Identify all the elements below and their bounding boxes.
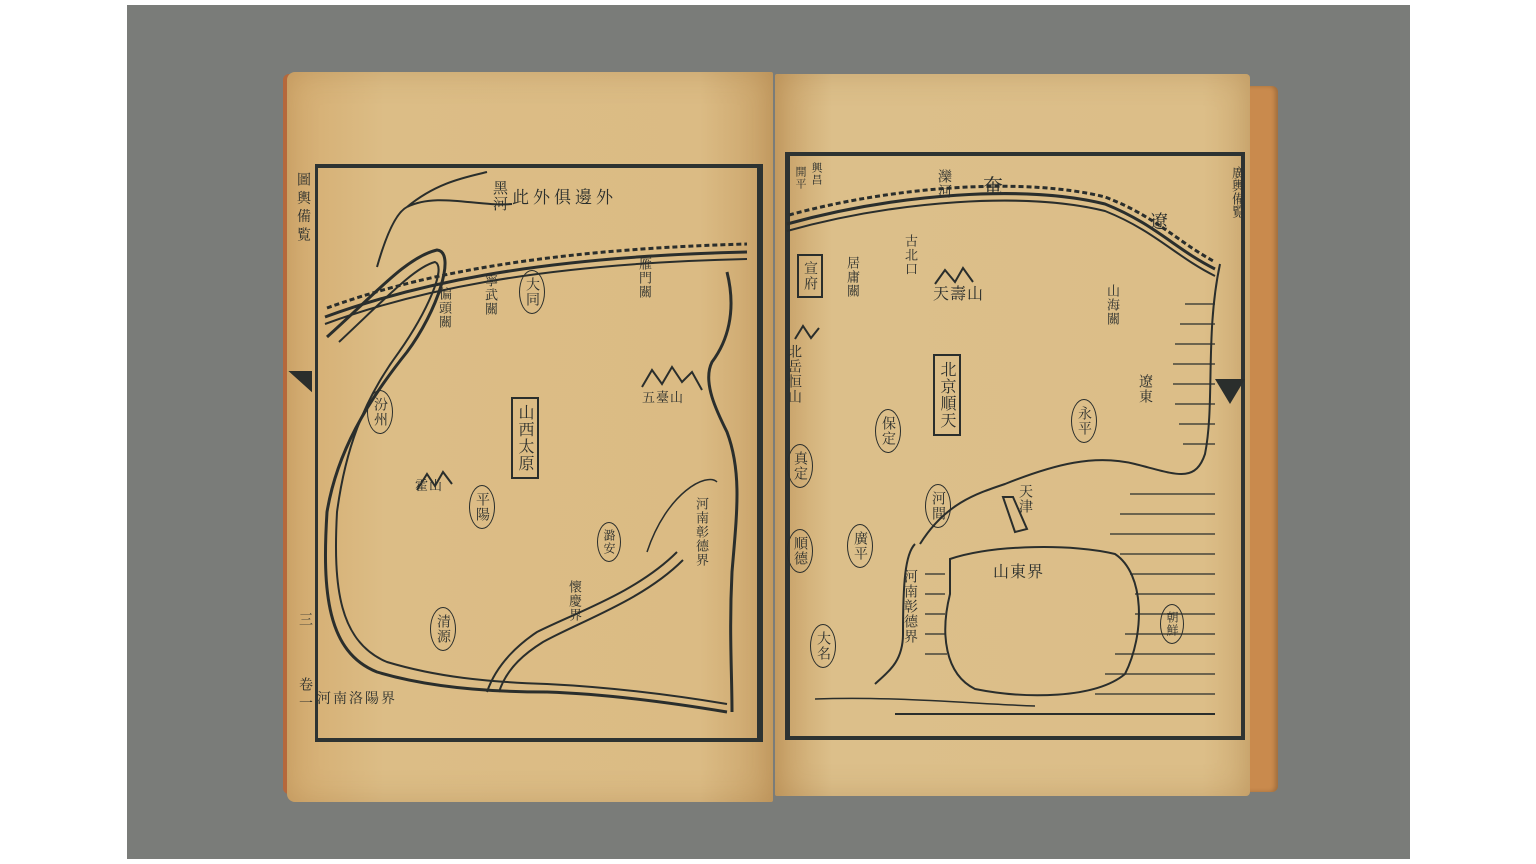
label-yanmen-pass: 雁門關 <box>637 257 650 299</box>
prefecture-xuanfu: 宣府 <box>797 254 823 298</box>
pass-shanhai: 山海關 <box>1105 284 1118 326</box>
city-datong: 大同 <box>519 270 545 314</box>
left-page: 圖 輿 備 覧 三 卷 一 <box>287 72 773 802</box>
city-zhending: 真定 <box>787 444 813 488</box>
mountain-hengshan: 北岳恒山 <box>787 344 801 404</box>
pass-gubeikou: 古北口 <box>903 234 916 276</box>
city-guangping: 廣平 <box>847 524 873 568</box>
city-luan: 潞安 <box>597 522 621 562</box>
border-henan-luoyang: 河南洛陽界 <box>317 692 397 706</box>
region-chaoxian: 朝鮮 <box>1160 604 1184 644</box>
border-shandong: 山東界 <box>993 564 1044 580</box>
border-henan-zhangde: 河南彰德界 <box>694 497 707 567</box>
border-huaiqing: 懷慶界 <box>567 580 580 622</box>
border-henan: 河南彰德界 <box>903 569 917 644</box>
book-cover-right-edge <box>1246 86 1278 792</box>
city-yongping: 永平 <box>1071 399 1097 443</box>
city-daming: 大名 <box>810 624 836 668</box>
mountain-tianshou: 天壽山 <box>933 286 984 302</box>
region-liaodong: 遼東 <box>1138 374 1152 404</box>
mountain-huoshan: 霍山 <box>415 480 443 493</box>
label-kaiping: 開平 <box>795 166 806 190</box>
city-tianjin: 天津 <box>1018 484 1032 514</box>
city-baoding: 保定 <box>875 409 901 453</box>
right-map-drawing <box>775 74 1250 796</box>
pass-juyong: 居庸關 <box>845 256 858 298</box>
label-pianguan-pass: 偏頭關 <box>437 287 450 329</box>
label-liao: 遼 <box>1150 214 1169 232</box>
label-heihe: 黑河 <box>492 180 507 212</box>
city-fenzhou: 汾州 <box>367 390 393 434</box>
label-beyond-border-note: 此外俱邊外 <box>512 190 617 207</box>
capital-shuntian: 北京順天 <box>933 354 961 436</box>
open-book: 圖 輿 備 覧 三 卷 一 <box>283 72 1278 802</box>
city-shunde: 順德 <box>787 529 813 573</box>
label-duolun: 奄 <box>983 176 1004 196</box>
mountain-wutai: 五臺山 <box>642 392 684 405</box>
label-luanhe: 灤河 <box>937 169 951 199</box>
right-page: 廣輿備覧 <box>775 74 1250 796</box>
capital-taiyuan: 山西太原 <box>511 397 539 479</box>
city-pingyang: 平陽 <box>469 485 495 529</box>
label-ningwu-pass: 寧武關 <box>483 274 496 316</box>
city-hejian: 河間 <box>925 484 951 528</box>
city-qingyuan: 清源 <box>430 607 456 651</box>
label-xichang: 興昌 <box>811 162 822 186</box>
